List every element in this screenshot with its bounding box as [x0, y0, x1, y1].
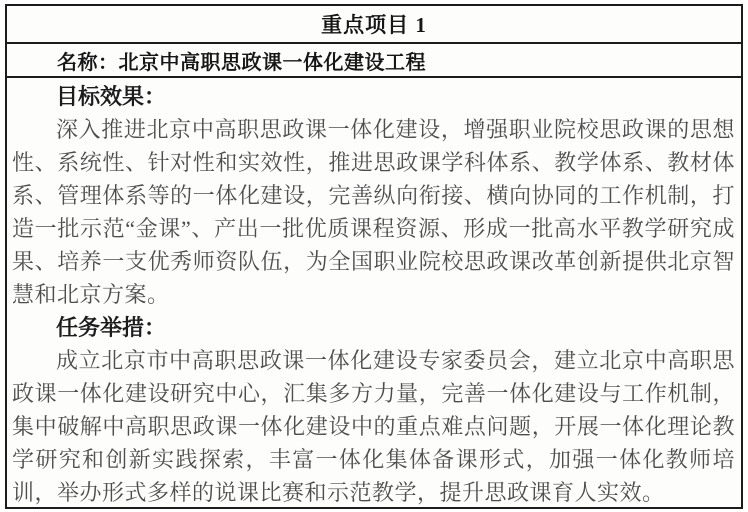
project-name-row: 名称：北京中高职思政课一体化建设工程 [7, 44, 741, 78]
section-paragraph-target-effects: 深入推进北京中高职思政课一体化建设，增强职业院校思政课的思想性、系统性、针对性和… [12, 113, 735, 311]
project-table: 重点项目 1 名称：北京中高职思政课一体化建设工程 目标效果： 深入推进北京中高… [5, 4, 743, 509]
project-body-cell: 目标效果： 深入推进北京中高职思政课一体化建设，增强职业院校思政课的思想性、系统… [7, 78, 741, 507]
section-paragraph-task-measures: 成立北京市中高职思政课一体化建设专家委员会，建立北京中高职思政课一体化建设研究中… [12, 344, 735, 507]
section-heading-target-effects: 目标效果： [12, 80, 735, 113]
project-title: 重点项目 1 [7, 6, 741, 44]
section-heading-task-measures: 任务举措： [12, 311, 735, 344]
